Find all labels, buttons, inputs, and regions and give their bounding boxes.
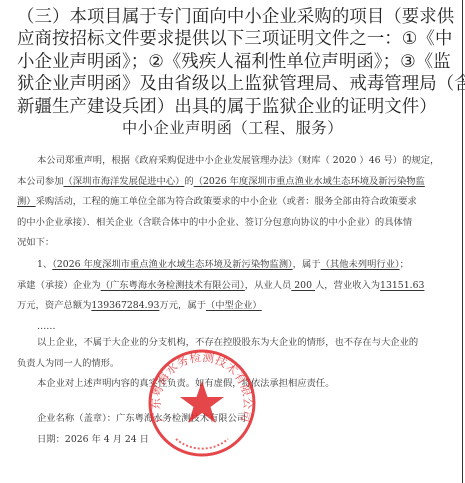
item-revenue: 13151.63 (380, 280, 424, 291)
project-name: （2026 年度深圳市重点渔业水域生态环境及新污染物监 (194, 176, 425, 187)
item-line: 承建（承接）企业为（广东粤海水务检测技术有限公司），从业人员 200 人，营业收… (17, 276, 449, 297)
text: 承建（承接）企业为 (17, 280, 101, 291)
text: ，属于 (293, 259, 321, 270)
text: 万元，属于 (159, 300, 206, 311)
company-seal-icon: 广东粤海水务检测技术有限公司 (146, 347, 258, 459)
declaration-line: 的中小企业承接）．相关企业（含联合体中的中小企业、签订分包意向协议的中小企业）的… (17, 213, 449, 234)
text: ，从业人员 (245, 280, 292, 291)
item-contractor: （广东粤海水务检测技术有限公司） (101, 280, 245, 291)
text: 人，营业收入为 (315, 280, 380, 291)
item-staff-count: 200 (291, 280, 315, 291)
text: 万元，资产总额为 (17, 300, 91, 311)
item-number: 1、 (37, 259, 52, 270)
item-line: 万元，资产总额为139367284.93万元，属于（中型企业） (17, 296, 449, 317)
text: 本公司参加 (17, 176, 64, 187)
project-name-cont: 测） (17, 196, 36, 207)
date-label: 日期： (37, 434, 65, 445)
purchaser-name: （深圳市海洋发展促进中心） (64, 176, 185, 187)
item-size: （中型企业） (206, 300, 262, 311)
item-assets: 139367284.93 (91, 300, 159, 311)
document-title: 中小企业声明函（工程、服务） (0, 117, 465, 138)
declaration-line: 测）采购活动，工程的施工单位全部为符合政策要求的中小企业（或者：服务全部由符合政… (17, 192, 449, 213)
item-industry: （其他未列明行业） (321, 259, 400, 270)
declaration-paragraph: 本公司郑重声明，根据《政府采购促进中小企业发展管理办法》（财库（ 2020 ）4… (17, 151, 449, 254)
text: 采购活动，工程的施工单位全部为符合政策要求的中小企业（或者：服务全部由符合政策要… (36, 196, 417, 207)
requirement-heading: （三）本项目属于专门面向中小企业采购的项目（要求供 应商按招标文件要求提供以下三… (17, 6, 462, 118)
company-label: 企业名称（盖章）： (37, 413, 116, 424)
date-value: 2026 年 4 月 24 日 (65, 434, 149, 445)
text: 的 (184, 176, 193, 187)
enterprise-item-1: 1、（2026 年度深圳市重点渔业水域生态环境及新污染物监测），属于（其他未列明… (17, 255, 449, 337)
heading-line: 新疆生产建设兵团）出具的属于监狱企业的证明文件） (17, 96, 462, 118)
declaration-line: 本公司参加（深圳市海洋发展促进中心）的（2026 年度深圳市重点渔业水域生态环境… (17, 172, 449, 193)
text: ； (400, 259, 409, 270)
heading-line: 应商按招标文件要求提供以下三项证明文件之一：①《中 (17, 28, 462, 50)
heading-line: （三）本项目属于专门面向中小企业采购的项目（要求供 (17, 6, 462, 28)
declaration-line: 本公司郑重声明，根据《政府采购促进中小企业发展管理办法》（财库（ 2020 ）4… (17, 151, 449, 172)
heading-line: 狱企业声明函》及由省级以上监狱管理局、戒毒管理局（含 (17, 73, 462, 95)
heading-line: 小企业声明函》；②《残疾人福利性单位声明函》；③《监 (17, 51, 462, 73)
declaration-line: 况如下： (17, 233, 449, 254)
item-line: 1、（2026 年度深圳市重点渔业水域生态环境及新污染物监测），属于（其他未列明… (17, 255, 449, 276)
item-project: （2026 年度深圳市重点渔业水域生态环境及新污染物监测） (52, 259, 292, 270)
